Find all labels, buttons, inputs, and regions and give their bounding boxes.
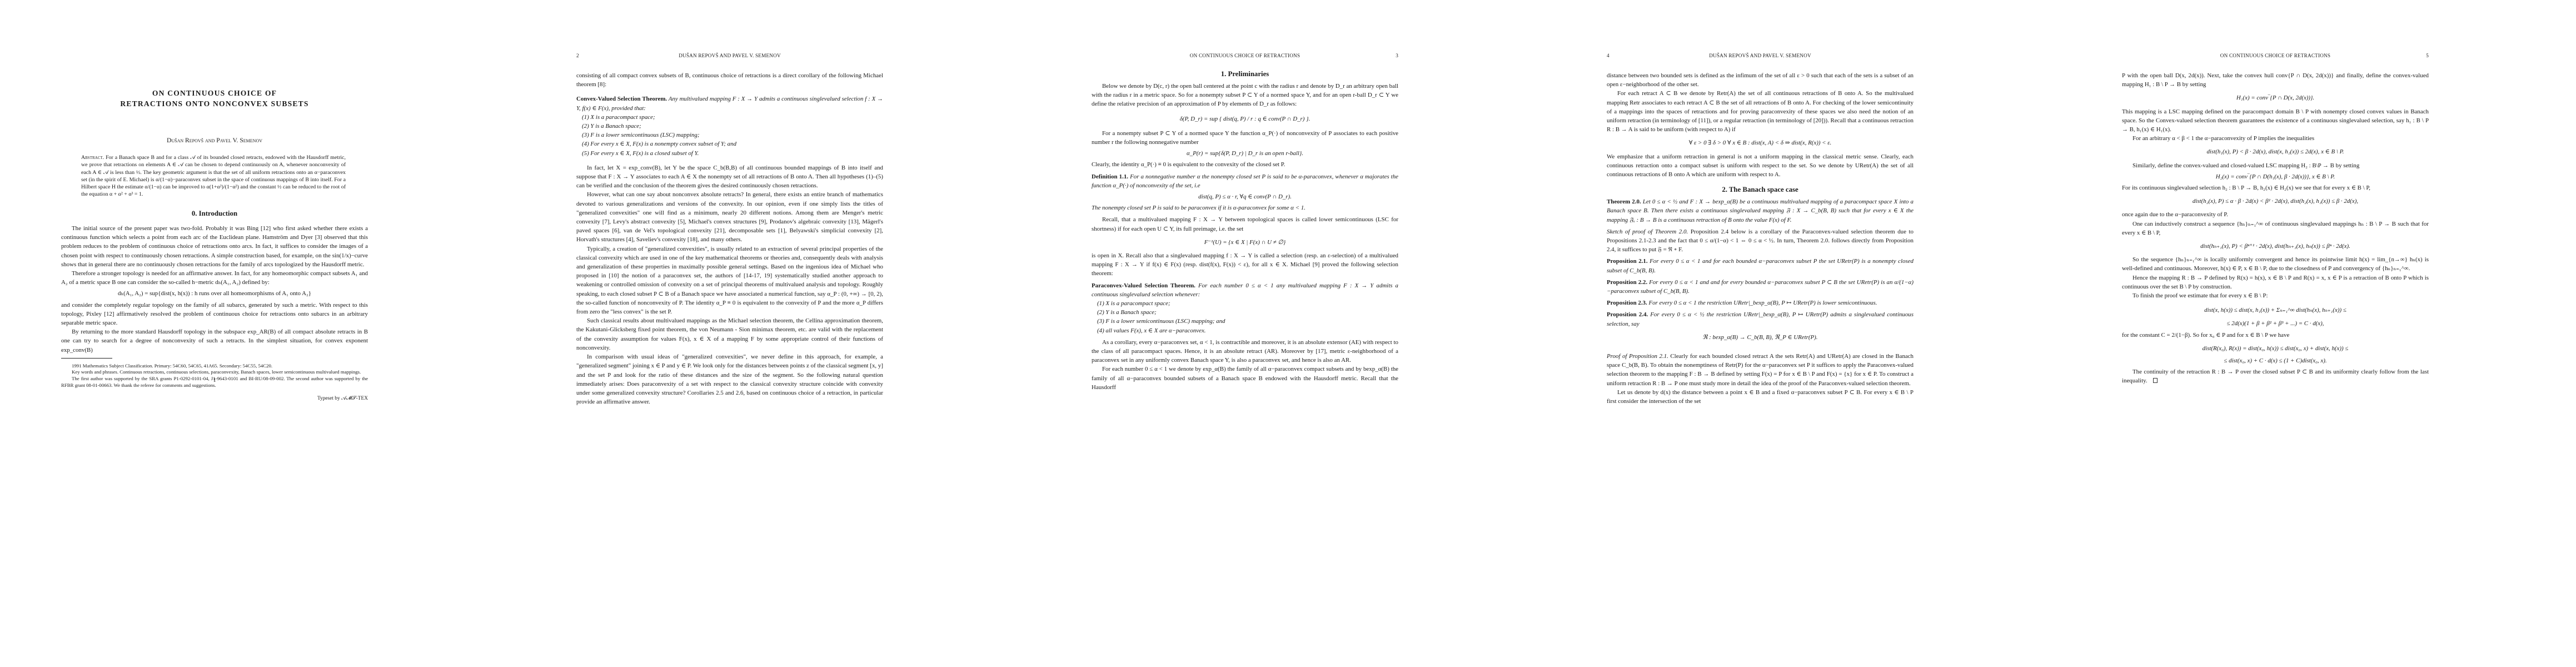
proof-label: Proof of Proposition 2.1. bbox=[1607, 353, 1668, 360]
page-2: DUŠAN REPOVŠ AND PAVEL V. SEMENOV 2 cons… bbox=[515, 0, 1030, 667]
paragraph: Therefore a stronger topology is needed … bbox=[61, 269, 368, 287]
paragraph: For each retract A ⊂ B we denote by Retr… bbox=[1607, 89, 1914, 134]
definition-text-2: The nonempty closed set P is said to be … bbox=[1092, 203, 1398, 212]
definition-1-1: Definition 1.1. For a nonnegative number… bbox=[1092, 172, 1398, 190]
paragraph: once again due to the α−paraconvexity of… bbox=[2122, 210, 2429, 219]
proposition-text: For every 0 ≤ α < ½ the restriction URet… bbox=[1607, 311, 1914, 327]
paragraph: Clearly, the identity α_P(·) ≡ 0 is equi… bbox=[1092, 160, 1398, 169]
page-number: 4 bbox=[1607, 53, 1610, 58]
condition-item: (1) X is a paracompact space; bbox=[1097, 299, 1398, 308]
paragraph: This mapping is a LSC mapping defined on… bbox=[2122, 107, 2429, 135]
proposition-2-4: Proposition 2.4. For every 0 ≤ α < ½ the… bbox=[1607, 310, 1914, 328]
paragraph-text: The continuity of the retraction R : B →… bbox=[2122, 369, 2429, 384]
condition-item: (2) Y is a Banach space; bbox=[1097, 308, 1398, 317]
running-head: DUŠAN REPOVŠ AND PAVEL V. SEMENOV 4 bbox=[1607, 53, 1914, 61]
display-equation: dist(h₁(x), P) < β · 2d(x), dist(x, h₁(x… bbox=[2122, 143, 2429, 161]
condition-item: (2) Y is a Banach space; bbox=[582, 122, 883, 131]
abstract-text: For a Banach space B and for a class 𝒜 o… bbox=[81, 155, 346, 197]
display-equation: H₁(x) = conv‾{P ∩ D(x, 2d(x))}. bbox=[2122, 89, 2429, 107]
running-head: DUŠAN REPOVŠ AND PAVEL V. SEMENOV 2 bbox=[576, 53, 883, 61]
footnote-keywords: Key words and phrases. Continuous retrac… bbox=[61, 369, 368, 376]
page-3-body: 1. Preliminaries Below we denote by D(c,… bbox=[1092, 69, 1398, 392]
footnotes: 1991 Mathematics Subject Classification.… bbox=[61, 363, 368, 389]
paragraph: The initial source of the present paper … bbox=[61, 224, 368, 269]
abstract: Abstract. For a Banach space B and for a… bbox=[81, 154, 346, 198]
abstract-label: Abstract. bbox=[81, 155, 104, 161]
page-2-body: consisting of all compact convex subsets… bbox=[576, 71, 883, 406]
condition-item: (4) For every x ∈ X, F(x) is a nonempty … bbox=[582, 140, 883, 148]
theorem-conditions: (1) X is a paracompact space; (2) Y is a… bbox=[576, 113, 883, 158]
paper-strip: arXiv:0810.3895v2 [math.GN] 13 Apr 2010 … bbox=[0, 0, 2576, 667]
paragraph: For an arbitrary α < β < 1 the α−paracon… bbox=[2122, 134, 2429, 143]
theorem-label: Convex-Valued Selection Theorem. bbox=[576, 96, 667, 102]
paragraph: We emphasize that a uniform retraction i… bbox=[1607, 152, 1914, 180]
paragraph: P with the open ball D(x, 2d(x)). Next, … bbox=[2122, 71, 2429, 89]
paragraph: is open in X. Recall also that a singlev… bbox=[1092, 251, 1398, 278]
display-equation: dist(R(x₀), R(x)) = dist(x₀, h(x)) ≤ dis… bbox=[2122, 340, 2429, 354]
proof-sketch: Sketch of proof of Theorem 2.0. Proposit… bbox=[1607, 227, 1914, 255]
paragraph: Let us denote by d(x) the distance betwe… bbox=[1607, 388, 1914, 406]
paper-title: ON CONTINUOUS CHOICE OF RETRACTIONS ONTO… bbox=[61, 88, 368, 109]
proposition-text: For every 0 ≤ α < 1 and for each bounded… bbox=[1607, 258, 1914, 273]
paragraph: Hence the mapping R : B → P defined by R… bbox=[2122, 273, 2429, 291]
page-1-body: 0. Introduction The initial source of th… bbox=[61, 208, 368, 403]
proof-proposition-2-1: Proof of Proposition 2.1. Clearly for ea… bbox=[1607, 352, 1914, 388]
proposition-2-2: Proposition 2.2. For every 0 ≤ α < 1 and… bbox=[1607, 278, 1914, 296]
display-equation: ≤ dist(x₀, x) + C · d(x) ≤ (1 + C)dist(x… bbox=[2122, 354, 2429, 367]
section-title-banach: 2. The Banach space case bbox=[1607, 185, 1914, 195]
condition-item: (1) X is a paracompact space; bbox=[582, 113, 883, 122]
display-equation: ≤ 2d(x)(1 + β + β² + β³ + ...) = C · d(x… bbox=[2122, 317, 2429, 330]
paragraph: For its continuous singlevalued selectio… bbox=[2122, 183, 2429, 192]
page-5: ON CONTINUOUS CHOICE OF RETRACTIONS 5 P … bbox=[2061, 0, 2576, 667]
theorem-text: Let 0 ≤ α < ½ and F : X → bexp_α(B) be a… bbox=[1607, 198, 1914, 223]
paragraph: for the constant C = 2/(1−β). So for x₀ … bbox=[2122, 331, 2429, 340]
running-head-text: DUŠAN REPOVŠ AND PAVEL V. SEMENOV bbox=[1607, 53, 1914, 58]
paragraph: In comparison with usual ideas of "gener… bbox=[576, 352, 883, 406]
theorem-2-0: Theorem 2.0. Let 0 ≤ α < ½ and F : X → b… bbox=[1607, 197, 1914, 225]
definition-label: Definition 1.1. bbox=[1092, 173, 1128, 180]
qed-icon bbox=[2153, 378, 2158, 383]
paragraph: Similarly, define the convex-valued and … bbox=[2122, 161, 2429, 170]
paragraph: Typically, a creation of "generalized co… bbox=[576, 245, 883, 317]
proposition-label: Proposition 2.4. bbox=[1607, 311, 1648, 318]
paragraph: As a corollary, every α−paraconvex set, … bbox=[1092, 338, 1398, 365]
page-number: 5 bbox=[2426, 53, 2429, 58]
proposition-2-1: Proposition 2.1. For every 0 ≤ α < 1 and… bbox=[1607, 257, 1914, 275]
page-number: 1 bbox=[61, 377, 368, 384]
proposition-label: Proposition 2.1. bbox=[1607, 258, 1648, 265]
paragraph: consisting of all compact convex subsets… bbox=[576, 71, 883, 89]
page-1: arXiv:0810.3895v2 [math.GN] 13 Apr 2010 … bbox=[0, 0, 515, 667]
theorem-paraconvex-valued: Paraconvex-Valued Selection Theorem. For… bbox=[1092, 281, 1398, 299]
running-head-text: ON CONTINUOUS CHOICE OF RETRACTIONS bbox=[2122, 53, 2429, 58]
display-equation: dist(x, h(x)) ≤ dist(x, h₁(x)) + Σₙ₌₁^∞ … bbox=[2122, 300, 2429, 317]
page-4-body: distance between two bounded sets is def… bbox=[1607, 71, 1914, 406]
authors: Dušan Repovš and Pavel V. Semenov bbox=[61, 137, 368, 144]
paragraph: distance between two bounded sets is def… bbox=[1607, 71, 1914, 89]
proposition-label: Proposition 2.3. bbox=[1607, 300, 1647, 306]
theorem-conditions: (1) X is a paracompact space; (2) Y is a… bbox=[1092, 299, 1398, 335]
proposition-2-3: Proposition 2.3. For every 0 ≤ α < 1 the… bbox=[1607, 298, 1914, 307]
proposition-label: Proposition 2.2. bbox=[1607, 279, 1647, 286]
display-equation: dist(h₂(x), P) ≤ α · β · 2d(x) < β² · 2d… bbox=[2122, 192, 2429, 210]
paragraph: For a nonempty subset P ⊂ Y of a normed … bbox=[1092, 129, 1398, 147]
theorem-label: Paraconvex-Valued Selection Theorem. bbox=[1092, 282, 1195, 289]
display-equation: F⁻¹(U) = {x ∈ X | F(x) ∩ U ≠ ∅} bbox=[1092, 233, 1398, 251]
running-head: ON CONTINUOUS CHOICE OF RETRACTIONS 3 bbox=[1092, 53, 1398, 61]
definition-text: For a nonnegative number α the nonempty … bbox=[1092, 173, 1398, 189]
display-equation: H₂(x) = conv‾{P ∩ D(h₁(x), β · 2d(x))}, … bbox=[2122, 170, 2429, 183]
footnote-msc: 1991 Mathematics Subject Classification.… bbox=[61, 363, 368, 370]
paragraph: Such classical results about multivalued… bbox=[576, 316, 883, 352]
display-equation: ℜ : bexp_α(B) → C_b(B, B), ℜ_P ∈ URetr(P… bbox=[1607, 328, 1914, 352]
proposition-text: For every 0 ≤ α < 1 and and for every bo… bbox=[1607, 279, 1914, 295]
theorem-convex-valued: Convex-Valued Selection Theorem. Any mul… bbox=[576, 94, 883, 112]
section-title-introduction: 0. Introduction bbox=[61, 208, 368, 218]
page-number: 3 bbox=[1396, 53, 1398, 58]
paragraph: One can inductively construct a sequence… bbox=[2122, 220, 2429, 237]
display-equation: δ(P, D_r) = sup { dist(q, P) / r : q ∈ c… bbox=[1092, 109, 1398, 129]
paragraph: For each number 0 ≤ α < 1 we denote by e… bbox=[1092, 365, 1398, 392]
paragraph: In fact, let X = exp_conv(B), let Y be t… bbox=[576, 163, 883, 191]
condition-item: (3) F is a lower semicontinuous (LSC) ma… bbox=[582, 131, 883, 140]
running-head-text: DUŠAN REPOVŠ AND PAVEL V. SEMENOV bbox=[576, 53, 883, 58]
proposition-text: For every 0 ≤ α < 1 the restriction URet… bbox=[1648, 300, 1877, 306]
condition-item: (5) For every x ∈ X, F(x) is a closed su… bbox=[582, 149, 883, 158]
theorem-label: Theorem 2.0. bbox=[1607, 198, 1641, 205]
proof-label: Sketch of proof of Theorem 2.0. bbox=[1607, 228, 1688, 235]
page-5-body: P with the open ball D(x, 2d(x)). Next, … bbox=[2122, 71, 2429, 386]
running-head: ON CONTINUOUS CHOICE OF RETRACTIONS 5 bbox=[2122, 53, 2429, 61]
title-line-2: RETRACTIONS ONTO NONCONVEX SUBSETS bbox=[61, 98, 368, 109]
footnote-rule bbox=[61, 358, 112, 359]
paragraph: So the sequence {hₙ}ₙ₌₁^∞ is locally uni… bbox=[2122, 255, 2429, 273]
paragraph: By returning to the more standard Hausdo… bbox=[61, 327, 368, 355]
paragraph-final: The continuity of the retraction R : B →… bbox=[2122, 367, 2429, 385]
display-equation: dist(q, P) ≤ α · r, ∀q ∈ conv(P ∩ D_r). bbox=[1092, 190, 1398, 203]
paragraph: However, what can one say about nonconve… bbox=[576, 190, 883, 244]
page-4: DUŠAN REPOVŠ AND PAVEL V. SEMENOV 4 dist… bbox=[1546, 0, 2061, 667]
page-3: ON CONTINUOUS CHOICE OF RETRACTIONS 3 1.… bbox=[1030, 0, 1546, 667]
condition-item: (4) all values F(x), x ∈ X are α−paracon… bbox=[1097, 326, 1398, 335]
display-equation: dₕ(A₁, A₂) = sup{dist(x, h(x)) : h runs … bbox=[61, 287, 368, 300]
display-equation: α_P(r) = sup{δ(P, D_r) | D_r is an open … bbox=[1092, 147, 1398, 160]
paragraph: and consider the completely regular topo… bbox=[61, 301, 368, 328]
paragraph: Below we denote by D(c, r) the open ball… bbox=[1092, 82, 1398, 109]
paragraph: Recall, that a multivalued mapping F : X… bbox=[1092, 215, 1398, 233]
page-number: 2 bbox=[576, 53, 579, 58]
paragraph: To finish the proof we estimate that for… bbox=[2122, 291, 2429, 300]
display-equation: dist(hₙ₊₁(x), P) < βⁿ⁺¹ · 2d(x), dist(hₙ… bbox=[2122, 237, 2429, 255]
title-line-1: ON CONTINUOUS CHOICE OF bbox=[61, 88, 368, 98]
section-title-preliminaries: 1. Preliminaries bbox=[1092, 69, 1398, 79]
condition-item: (3) F is a lower semicontinuous (LSC) ma… bbox=[1097, 317, 1398, 326]
typeset-note: Typeset by 𝒜𝓜𝒮-TEX bbox=[61, 394, 368, 403]
running-head-text: ON CONTINUOUS CHOICE OF RETRACTIONS bbox=[1092, 53, 1398, 58]
display-equation: ∀ ε > 0 ∃ δ > 0 ∀ x ∈ B : dist(x, A) < δ… bbox=[1607, 134, 1914, 152]
